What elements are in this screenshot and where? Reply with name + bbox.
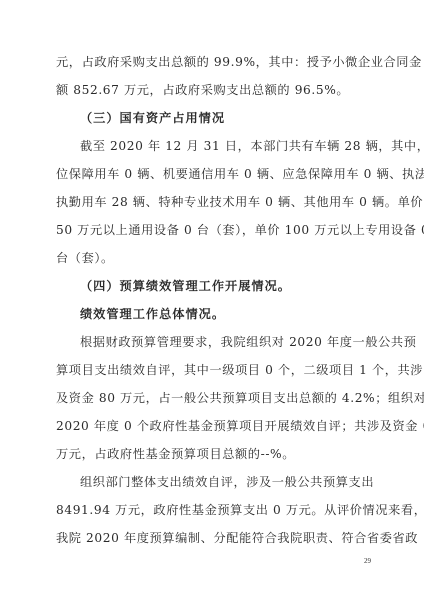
text-line: 算项目支出绩效自评，其中一级项目 0 个，二级项目 1 个，共涉 (56, 362, 372, 378)
text-line: 及资金 80 万元，占一般公共预算项目支出总额的 4.2%；组织对 (56, 390, 372, 406)
section-heading-performance: （四）预算绩效管理工作开展情况。 (80, 278, 291, 294)
document-page: 元，占政府采购支出总额的 99.9%，其中：授予小微企业合同金 额 852.67… (0, 0, 424, 600)
text-line: 台（套）。 (56, 250, 372, 266)
text-line: 万元，占政府性基金预算项目总额的--%。 (56, 446, 372, 462)
text-line: 根据财政预算管理要求，我院组织对 2020 年度一般公共预 (80, 334, 372, 350)
subheading-overall: 绩效管理工作总体情况。 (80, 306, 225, 322)
text-line: 额 852.67 万元，占政府采购支出总额的 96.5%。 (56, 82, 372, 98)
text-line: 元，占政府采购支出总额的 99.9%，其中：授予小微企业合同金 (56, 54, 372, 70)
text-line: 我院 2020 年度预算编制、分配能符合我院职责、符合省委省政 (56, 530, 372, 546)
section-heading-assets: （三）国有资产占用情况 (80, 110, 225, 126)
text-line: 截至 2020 年 12 月 31 日，本部门共有车辆 28 辆，其中，岗 (80, 138, 372, 154)
text-line: 位保障用车 0 辆、机要通信用车 0 辆、应急保障用车 0 辆、执法 (56, 166, 372, 182)
text-line: 8491.94 万元，政府性基金预算支出 0 万元。从评价情况来看， (56, 502, 372, 518)
text-line: 组织部门整体支出绩效自评，涉及一般公共预算支出 (80, 474, 372, 490)
text-line: 2020 年度 0 个政府性基金预算项目开展绩效自评；共涉及资金 0 (56, 418, 372, 434)
page-number: 29 (364, 557, 371, 565)
text-line: 50 万元以上通用设备 0 台（套），单价 100 万元以上专用设备 0 (56, 222, 372, 238)
text-line: 执勤用车 28 辆、特种专业技术用车 0 辆、其他用车 0 辆。单价 (56, 194, 372, 210)
